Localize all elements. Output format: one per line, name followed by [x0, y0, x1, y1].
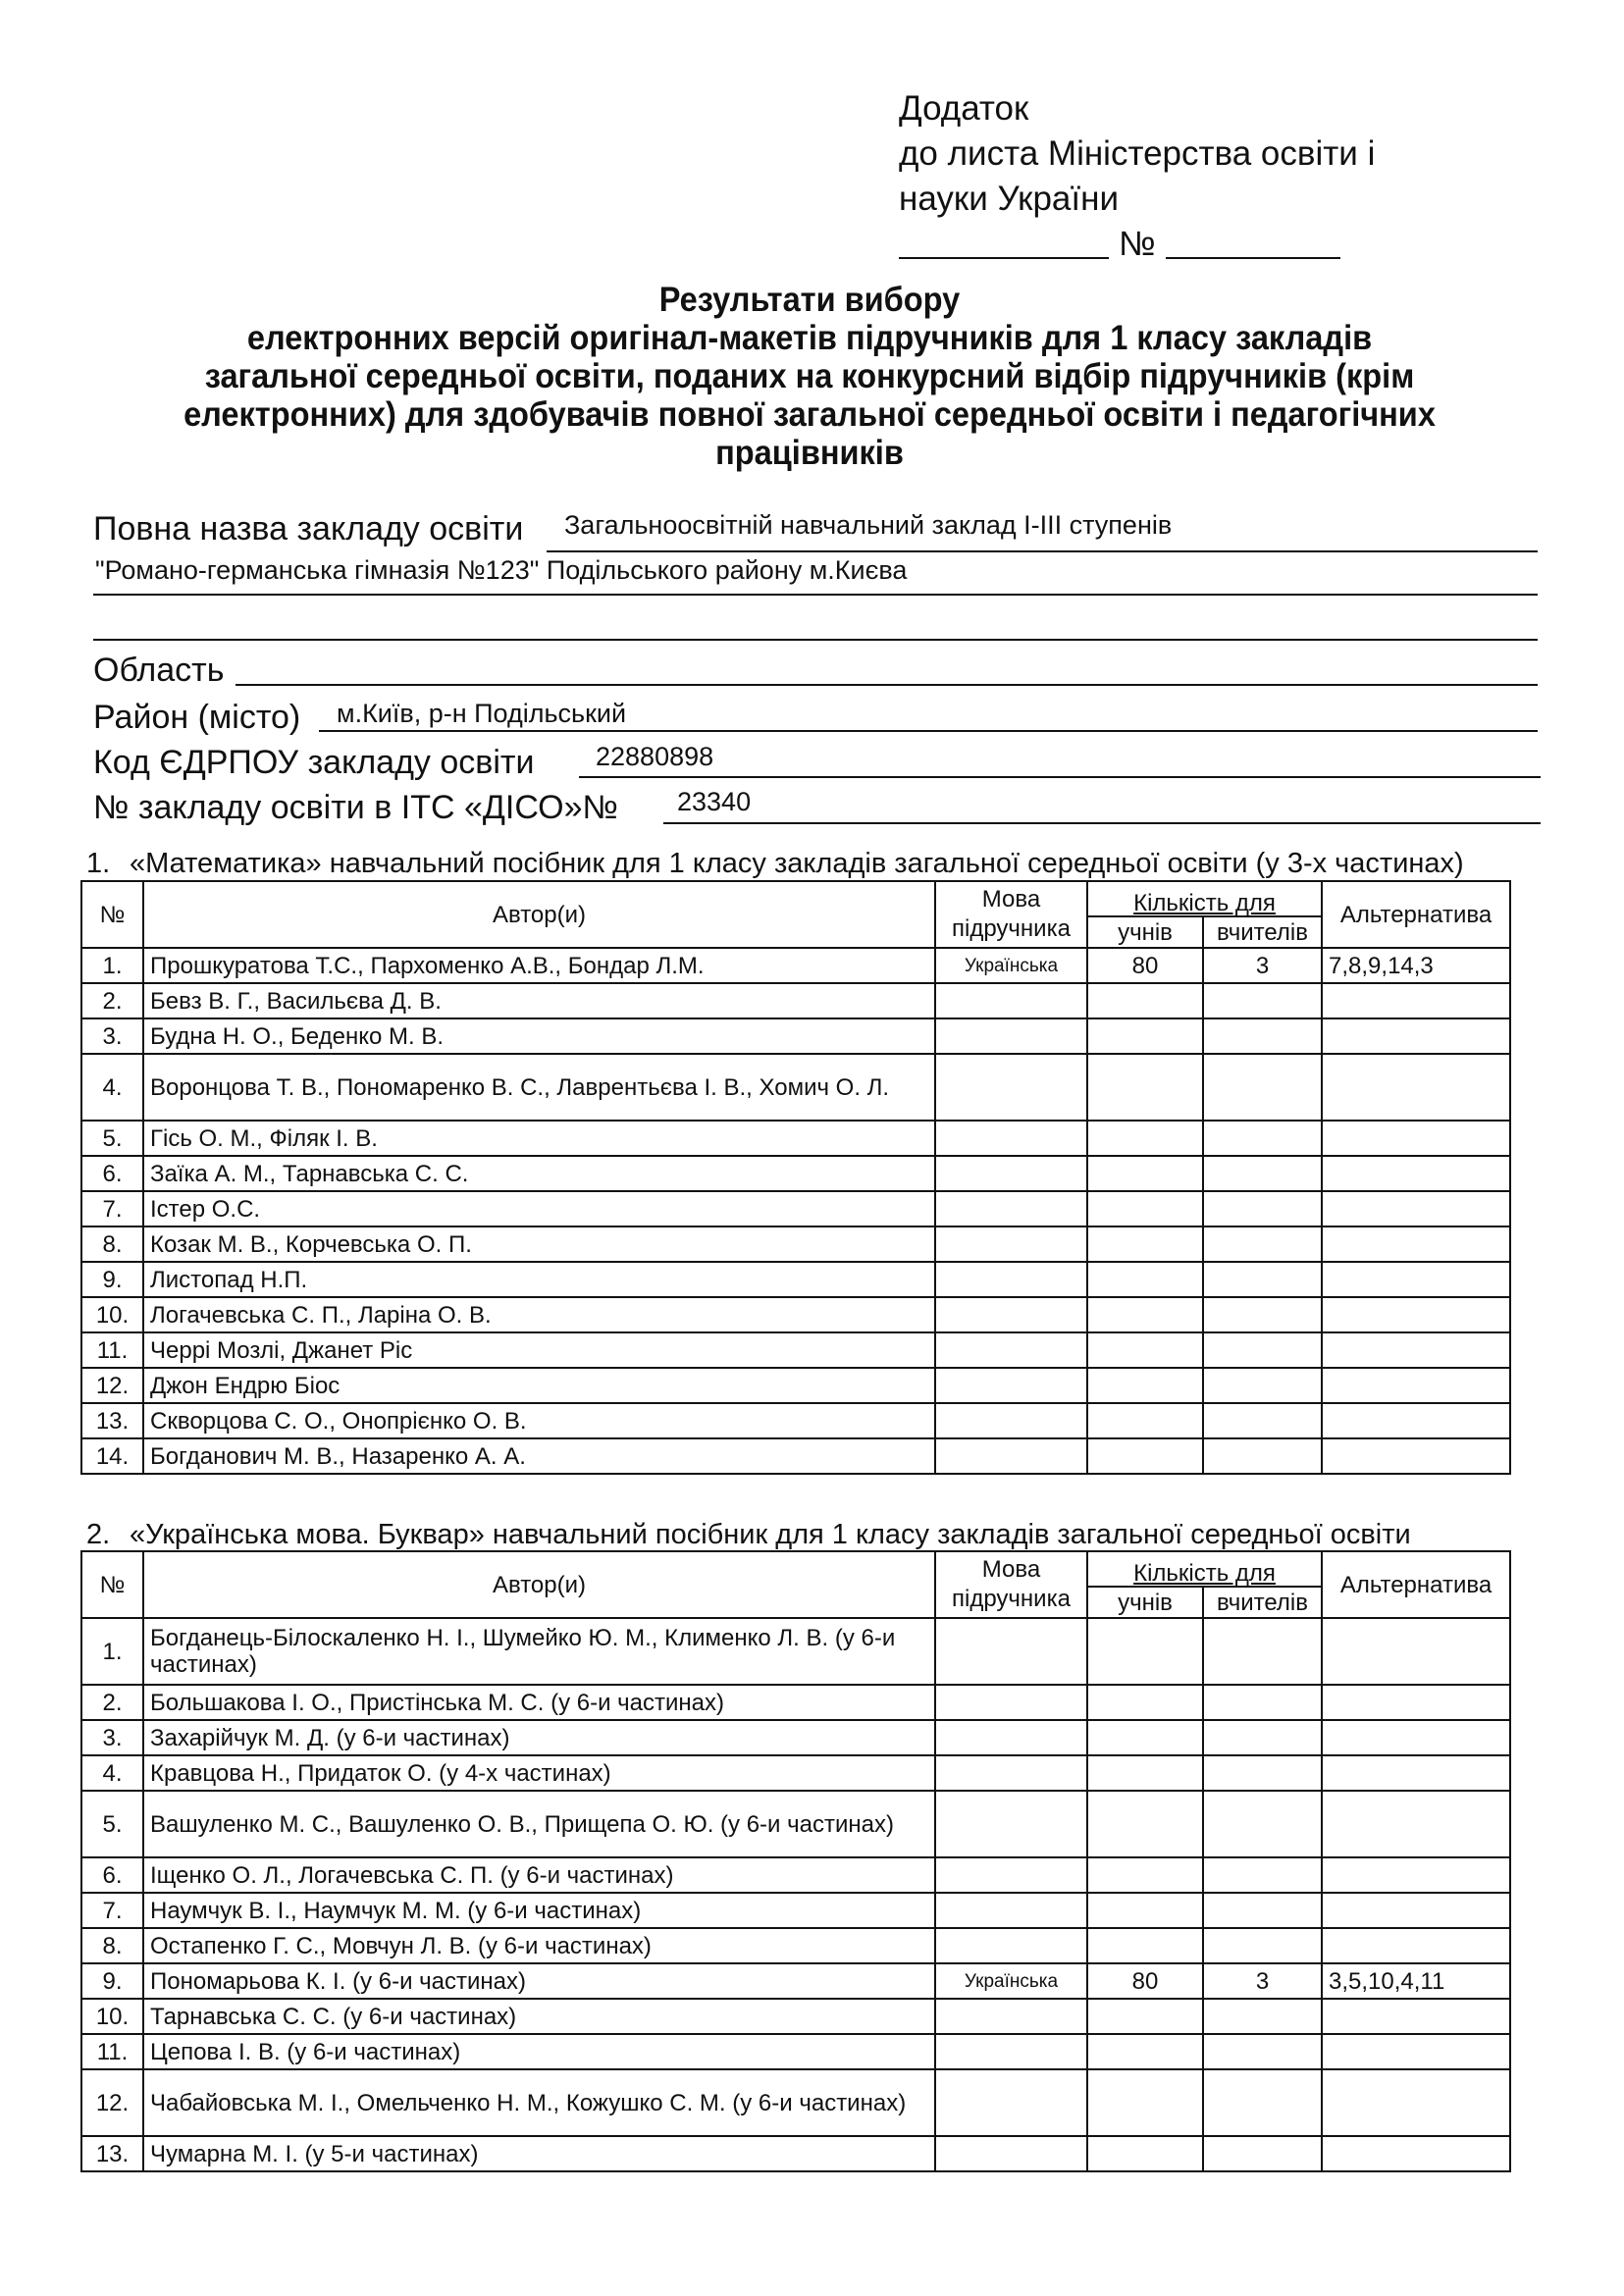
row-number: 6.	[81, 1156, 143, 1191]
table-row: 13.Скворцова С. О., Онопрієнко О. В.	[81, 1403, 1510, 1438]
district-label: Район (місто)	[93, 699, 300, 737]
row-students-count[interactable]	[1087, 1226, 1203, 1262]
row-number: 7.	[81, 1191, 143, 1226]
row-number: 5.	[81, 1121, 143, 1156]
region-label: Область	[93, 652, 224, 690]
row-alternative[interactable]	[1322, 1720, 1510, 1755]
header-alternative: Альтернатива	[1322, 1551, 1510, 1618]
row-students-count[interactable]	[1087, 1618, 1203, 1685]
itc-line	[663, 822, 1541, 824]
row-language[interactable]	[935, 1999, 1087, 2034]
row-number: 2.	[81, 983, 143, 1018]
row-language[interactable]	[935, 2034, 1087, 2069]
textbook-table-bukvar: №Автор(и)Мова підручникаКількість дляАль…	[80, 1550, 1511, 2172]
row-alternative[interactable]	[1322, 1791, 1510, 1857]
row-number: 11.	[81, 2034, 143, 2069]
row-language[interactable]	[935, 1297, 1087, 1332]
section-1-number: 1.	[86, 848, 130, 880]
appendix-line-3: науки України	[899, 177, 1375, 222]
row-authors: Наумчук В. І., Наумчук М. М. (у 6-и част…	[143, 1893, 935, 1928]
row-students-count[interactable]	[1087, 1262, 1203, 1297]
title-line-5: працівників	[148, 434, 1472, 472]
table-row: 7.Наумчук В. І., Наумчук М. М. (у 6-и ча…	[81, 1893, 1510, 1928]
row-authors: Скворцова С. О., Онопрієнко О. В.	[143, 1403, 935, 1438]
table-row: 11.Цепова І. В. (у 6-и частинах)	[81, 2034, 1510, 2069]
row-language[interactable]	[935, 1438, 1087, 1474]
row-teachers-count[interactable]	[1203, 1262, 1322, 1297]
row-students-count[interactable]	[1087, 1755, 1203, 1791]
full-name-value-1[interactable]: Загальноосвітній навчальний заклад І-ІІІ…	[564, 510, 1172, 541]
row-students-count[interactable]	[1087, 1685, 1203, 1720]
full-name-line-3	[93, 639, 1538, 641]
table-row: 13.Чумарна М. І. (у 5-и частинах)	[81, 2136, 1510, 2171]
row-authors: Вашуленко М. С., Вашуленко О. В., Прищеп…	[143, 1791, 935, 1857]
table-row: 2.Большакова І. О., Пристінська М. С. (у…	[81, 1685, 1510, 1720]
table-row: 10.Логачевська С. П., Ларіна О. В.	[81, 1297, 1510, 1332]
row-authors: Заїка А. М., Тарнавська С. С.	[143, 1156, 935, 1191]
row-authors: Черрі Мозлі, Джанет Ріс	[143, 1332, 935, 1368]
row-alternative[interactable]	[1322, 1332, 1510, 1368]
row-alternative[interactable]	[1322, 1156, 1510, 1191]
row-students-count[interactable]	[1087, 1191, 1203, 1226]
table-row: 6.Заїка А. М., Тарнавська С. С.	[81, 1156, 1510, 1191]
row-alternative[interactable]	[1322, 1999, 1510, 2034]
row-authors: Істер О.С.	[143, 1191, 935, 1226]
row-teachers-count[interactable]	[1203, 1297, 1322, 1332]
row-alternative[interactable]	[1322, 1685, 1510, 1720]
letter-date-blank[interactable]	[899, 257, 1109, 259]
title-line-4: електронних) для здобувачів повної загал…	[148, 395, 1472, 434]
row-teachers-count[interactable]	[1203, 1857, 1322, 1893]
row-alternative[interactable]: 3,5,10,4,11	[1322, 1963, 1510, 1999]
table-row: 14.Богданович М. В., Назаренко А. А.	[81, 1438, 1510, 1474]
letter-number-blank[interactable]	[1166, 257, 1340, 259]
appendix-line-2: до листа Міністерства освіти і	[899, 131, 1375, 177]
row-students-count[interactable]	[1087, 1054, 1203, 1121]
row-teachers-count[interactable]	[1203, 1618, 1322, 1685]
itc-value[interactable]: 23340	[677, 787, 751, 817]
row-alternative[interactable]	[1322, 1755, 1510, 1791]
row-students-count[interactable]: 80	[1087, 948, 1203, 983]
header-alternative: Альтернатива	[1322, 881, 1510, 948]
title-line-3: загальної середньої освіти, поданих на к…	[148, 357, 1472, 395]
table-row: 7.Істер О.С.	[81, 1191, 1510, 1226]
table-row: 12.Джон Ендрю Біос	[81, 1368, 1510, 1403]
table-header-row: №Автор(и)Мова підручникаКількість дляАль…	[81, 881, 1510, 916]
row-number: 14.	[81, 1438, 143, 1474]
row-authors: Логачевська С. П., Ларіна О. В.	[143, 1297, 935, 1332]
header-num: №	[81, 881, 143, 948]
row-students-count[interactable]	[1087, 1156, 1203, 1191]
table-row: 11.Черрі Мозлі, Джанет Ріс	[81, 1332, 1510, 1368]
table-row: 8.Остапенко Г. С., Мовчун Л. В. (у 6-и ч…	[81, 1928, 1510, 1963]
section-2-title: 2.«Українська мова. Буквар» навчальний п…	[86, 1519, 1411, 1551]
row-students-count[interactable]	[1087, 1121, 1203, 1156]
itc-label: № закладу освіти в ІТС «ДІСО»№	[93, 789, 618, 827]
table-row: 9.Пономарьова К. І. (у 6-и частинах)Укра…	[81, 1963, 1510, 1999]
row-language[interactable]	[935, 1191, 1087, 1226]
row-language[interactable]	[935, 2069, 1087, 2136]
row-number: 10.	[81, 1297, 143, 1332]
header-authors: Автор(и)	[143, 881, 935, 948]
row-number: 9.	[81, 1262, 143, 1297]
appendix-header: Додаток до листа Міністерства освіти і н…	[899, 86, 1375, 267]
row-language[interactable]	[935, 2136, 1087, 2171]
row-students-count[interactable]	[1087, 1403, 1203, 1438]
row-number: 8.	[81, 1226, 143, 1262]
table-row: 5.Вашуленко М. С., Вашуленко О. В., Прищ…	[81, 1791, 1510, 1857]
row-students-count[interactable]	[1087, 1297, 1203, 1332]
row-language[interactable]	[935, 1262, 1087, 1297]
table-row: 3.Будна Н. О., Беденко М. В.	[81, 1018, 1510, 1054]
district-line	[319, 730, 1538, 732]
row-students-count[interactable]	[1087, 983, 1203, 1018]
row-number: 6.	[81, 1857, 143, 1893]
document-title: Результати вибору електронних версій ори…	[148, 281, 1472, 472]
section-2-number: 2.	[86, 1519, 130, 1551]
row-students-count[interactable]	[1087, 1720, 1203, 1755]
row-alternative[interactable]	[1322, 1403, 1510, 1438]
row-alternative[interactable]	[1322, 1262, 1510, 1297]
row-teachers-count[interactable]	[1203, 2034, 1322, 2069]
header-quantity: Кількість для	[1087, 881, 1322, 916]
row-language[interactable]	[935, 1791, 1087, 1857]
table-row: 5.Гісь О. М., Філяк І. В.	[81, 1121, 1510, 1156]
region-line	[236, 684, 1538, 686]
row-authors: Богданович М. В., Назаренко А. А.	[143, 1438, 935, 1474]
section-1-title-text: «Математика» навчальний посібник для 1 к…	[130, 848, 1464, 879]
table-row: 9.Листопад Н.П.	[81, 1262, 1510, 1297]
row-number: 8.	[81, 1928, 143, 1963]
row-students-count[interactable]	[1087, 1332, 1203, 1368]
table-row: 1.Богданець-Білоскаленко Н. І., Шумейко …	[81, 1618, 1510, 1685]
row-authors: Будна Н. О., Беденко М. В.	[143, 1018, 935, 1054]
row-teachers-count[interactable]	[1203, 1720, 1322, 1755]
row-alternative[interactable]	[1322, 1368, 1510, 1403]
full-name-label: Повна назва закладу освіти	[93, 510, 523, 548]
row-alternative[interactable]	[1322, 1857, 1510, 1893]
row-authors: Чабайовська М. І., Омельченко Н. М., Кож…	[143, 2069, 935, 2136]
row-students-count[interactable]	[1087, 2069, 1203, 2136]
row-teachers-count[interactable]	[1203, 2136, 1322, 2171]
row-number: 11.	[81, 1332, 143, 1368]
row-teachers-count[interactable]	[1203, 983, 1322, 1018]
row-language[interactable]	[935, 1054, 1087, 1121]
row-number: 9.	[81, 1963, 143, 1999]
table-row: 1.Прошкуратова Т.С., Пархоменко А.В., Бо…	[81, 948, 1510, 983]
row-teachers-count[interactable]	[1203, 1438, 1322, 1474]
section-2-title-text: «Українська мова. Буквар» навчальний пос…	[130, 1519, 1411, 1550]
row-authors: Чумарна М. І. (у 5-и частинах)	[143, 2136, 935, 2171]
row-students-count[interactable]	[1087, 1791, 1203, 1857]
row-number: 5.	[81, 1791, 143, 1857]
row-authors: Пономарьова К. І. (у 6-и частинах)	[143, 1963, 935, 1999]
row-alternative[interactable]	[1322, 2034, 1510, 2069]
row-language[interactable]	[935, 1720, 1087, 1755]
row-alternative[interactable]	[1322, 1018, 1510, 1054]
table-row: 2.Бевз В. Г., Васильєва Д. В.	[81, 983, 1510, 1018]
row-alternative[interactable]: 7,8,9,14,3	[1322, 948, 1510, 983]
row-number: 12.	[81, 2069, 143, 2136]
row-teachers-count[interactable]	[1203, 1791, 1322, 1857]
row-number: 7.	[81, 1893, 143, 1928]
row-number: 3.	[81, 1720, 143, 1755]
full-name-value-2[interactable]: "Романо-германська гімназія №123" Поділь…	[95, 555, 907, 586]
row-teachers-count[interactable]: 3	[1203, 948, 1322, 983]
row-authors: Кравцова Н., Придаток О. (у 4-х частинах…	[143, 1755, 935, 1791]
row-authors: Захарійчук М. Д. (у 6-и частинах)	[143, 1720, 935, 1755]
header-language: Мова підручника	[935, 881, 1087, 948]
row-teachers-count[interactable]	[1203, 1332, 1322, 1368]
row-language[interactable]	[935, 1121, 1087, 1156]
row-students-count[interactable]	[1087, 1018, 1203, 1054]
table-row: 4.Воронцова Т. В., Пономаренко В. С., Ла…	[81, 1054, 1510, 1121]
row-alternative[interactable]	[1322, 2069, 1510, 2136]
row-alternative[interactable]	[1322, 1226, 1510, 1262]
row-alternative[interactable]	[1322, 1893, 1510, 1928]
row-language[interactable]	[935, 1685, 1087, 1720]
row-teachers-count[interactable]: 3	[1203, 1963, 1322, 1999]
row-teachers-count[interactable]	[1203, 1999, 1322, 2034]
row-language[interactable]	[935, 1226, 1087, 1262]
row-language[interactable]: Українська	[935, 1963, 1087, 1999]
row-alternative[interactable]	[1322, 1438, 1510, 1474]
row-students-count[interactable]	[1087, 2034, 1203, 2069]
row-number: 12.	[81, 1368, 143, 1403]
edrpou-line	[579, 776, 1541, 778]
header-teachers: вчителів	[1203, 916, 1322, 948]
row-authors: Тарнавська С. С. (у 6-и частинах)	[143, 1999, 935, 2034]
header-num: №	[81, 1551, 143, 1618]
row-authors: Большакова І. О., Пристінська М. С. (у 6…	[143, 1685, 935, 1720]
header-language: Мова підручника	[935, 1551, 1087, 1618]
number-sign: №	[1119, 222, 1156, 267]
row-number: 2.	[81, 1685, 143, 1720]
header-students: учнів	[1087, 916, 1203, 948]
row-authors: Гісь О. М., Філяк І. В.	[143, 1121, 935, 1156]
row-teachers-count[interactable]	[1203, 1893, 1322, 1928]
header-teachers: вчителів	[1203, 1587, 1322, 1618]
row-teachers-count[interactable]	[1203, 1755, 1322, 1791]
table-row: 4.Кравцова Н., Придаток О. (у 4-х частин…	[81, 1755, 1510, 1791]
header-quantity: Кількість для	[1087, 1551, 1322, 1587]
row-number: 13.	[81, 1403, 143, 1438]
row-students-count[interactable]	[1087, 1368, 1203, 1403]
row-language[interactable]	[935, 1403, 1087, 1438]
row-authors: Листопад Н.П.	[143, 1262, 935, 1297]
row-teachers-count[interactable]	[1203, 1226, 1322, 1262]
row-authors: Іщенко О. Л., Логачевська С. П. (у 6-и ч…	[143, 1857, 935, 1893]
header-authors: Автор(и)	[143, 1551, 935, 1618]
row-language[interactable]	[935, 1618, 1087, 1685]
full-name-line-2	[93, 594, 1538, 596]
edrpou-value[interactable]: 22880898	[596, 742, 713, 772]
row-language[interactable]	[935, 1857, 1087, 1893]
table-row: 12.Чабайовська М. І., Омельченко Н. М., …	[81, 2069, 1510, 2136]
row-alternative[interactable]	[1322, 1297, 1510, 1332]
edrpou-label: Код ЄДРПОУ закладу освіти	[93, 744, 534, 782]
row-students-count[interactable]	[1087, 1857, 1203, 1893]
row-language[interactable]	[935, 1368, 1087, 1403]
row-authors: Воронцова Т. В., Пономаренко В. С., Лавр…	[143, 1054, 935, 1121]
row-teachers-count[interactable]	[1203, 1054, 1322, 1121]
row-authors: Богданець-Білоскаленко Н. І., Шумейко Ю.…	[143, 1618, 935, 1685]
row-students-count[interactable]	[1087, 2136, 1203, 2171]
row-authors: Прошкуратова Т.С., Пархоменко А.В., Бонд…	[143, 948, 935, 983]
row-teachers-count[interactable]	[1203, 1368, 1322, 1403]
row-students-count[interactable]: 80	[1087, 1963, 1203, 1999]
row-language[interactable]	[935, 1928, 1087, 1963]
table-row: 8.Козак М. В., Корчевська О. П.	[81, 1226, 1510, 1262]
table-row: 10.Тарнавська С. С. (у 6-и частинах)	[81, 1999, 1510, 2034]
row-authors: Козак М. В., Корчевська О. П.	[143, 1226, 935, 1262]
header-students: учнів	[1087, 1587, 1203, 1618]
row-number: 1.	[81, 1618, 143, 1685]
row-language[interactable]	[935, 1332, 1087, 1368]
row-alternative[interactable]	[1322, 983, 1510, 1018]
table-header-row: №Автор(и)Мова підручникаКількість дляАль…	[81, 1551, 1510, 1587]
row-alternative[interactable]	[1322, 1054, 1510, 1121]
row-language[interactable]	[935, 1018, 1087, 1054]
letter-number-line: №	[899, 222, 1375, 267]
row-alternative[interactable]	[1322, 1121, 1510, 1156]
row-language[interactable]	[935, 1893, 1087, 1928]
row-teachers-count[interactable]	[1203, 1685, 1322, 1720]
row-number: 1.	[81, 948, 143, 983]
row-teachers-count[interactable]	[1203, 1191, 1322, 1226]
title-line-1: Результати вибору	[148, 281, 1472, 319]
row-number: 4.	[81, 1054, 143, 1121]
row-students-count[interactable]	[1087, 1928, 1203, 1963]
row-language[interactable]	[935, 1755, 1087, 1791]
row-number: 4.	[81, 1755, 143, 1791]
row-number: 3.	[81, 1018, 143, 1054]
row-alternative[interactable]	[1322, 1191, 1510, 1226]
row-teachers-count[interactable]	[1203, 1018, 1322, 1054]
textbook-table-math: №Автор(и)Мова підручникаКількість дляАль…	[80, 880, 1511, 1475]
section-1-title: 1.«Математика» навчальний посібник для 1…	[86, 848, 1464, 880]
appendix-line-1: Додаток	[899, 86, 1375, 131]
row-teachers-count[interactable]	[1203, 1403, 1322, 1438]
district-value[interactable]: м.Київ, р-н Подільський	[337, 699, 626, 729]
table-row: 3.Захарійчук М. Д. (у 6-и частинах)	[81, 1720, 1510, 1755]
row-number: 13.	[81, 2136, 143, 2171]
row-students-count[interactable]	[1087, 1999, 1203, 2034]
row-students-count[interactable]	[1087, 1438, 1203, 1474]
title-line-2: електронних версій оригінал-макетів підр…	[148, 319, 1472, 357]
row-teachers-count[interactable]	[1203, 1928, 1322, 1963]
row-authors: Цепова І. В. (у 6-и частинах)	[143, 2034, 935, 2069]
row-language[interactable]: Українська	[935, 948, 1087, 983]
row-teachers-count[interactable]	[1203, 2069, 1322, 2136]
row-language[interactable]	[935, 1156, 1087, 1191]
row-authors: Остапенко Г. С., Мовчун Л. В. (у 6-и час…	[143, 1928, 935, 1963]
row-teachers-count[interactable]	[1203, 1121, 1322, 1156]
row-authors: Бевз В. Г., Васильєва Д. В.	[143, 983, 935, 1018]
row-teachers-count[interactable]	[1203, 1156, 1322, 1191]
row-alternative[interactable]	[1322, 1928, 1510, 1963]
row-number: 10.	[81, 1999, 143, 2034]
row-authors: Джон Ендрю Біос	[143, 1368, 935, 1403]
row-students-count[interactable]	[1087, 1893, 1203, 1928]
row-alternative[interactable]	[1322, 1618, 1510, 1685]
table-row: 6.Іщенко О. Л., Логачевська С. П. (у 6-и…	[81, 1857, 1510, 1893]
full-name-line-1	[547, 550, 1538, 552]
row-language[interactable]	[935, 983, 1087, 1018]
row-alternative[interactable]	[1322, 2136, 1510, 2171]
